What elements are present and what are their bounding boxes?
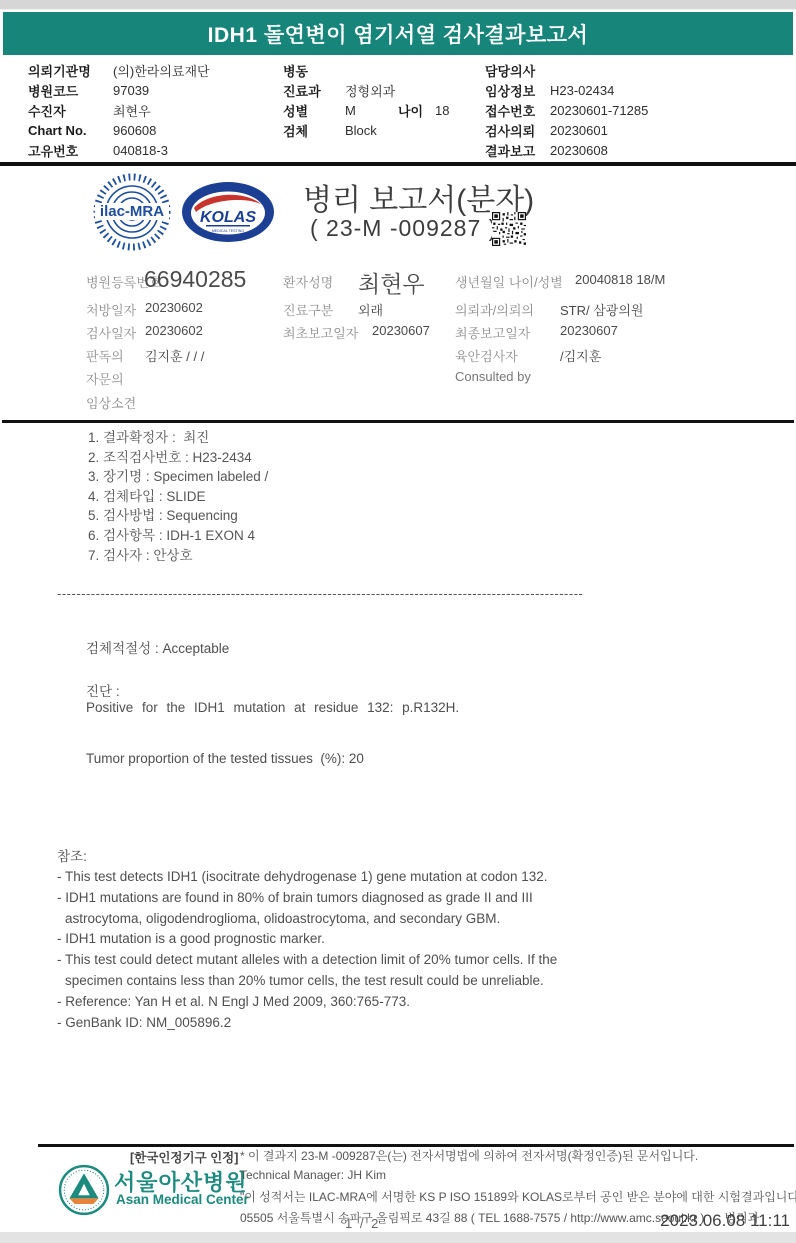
field-label: 병동	[283, 61, 345, 80]
field-value: 20230602	[145, 323, 203, 338]
info-row: 병동	[283, 60, 449, 80]
field-label: 수진자	[28, 101, 113, 120]
field-label: 검사의뢰	[485, 121, 550, 140]
info-row: 성별M나이18	[283, 100, 449, 120]
field-label: 임상정보	[485, 81, 550, 100]
info-column-clinic: 병동 진료과정형외과 성별M나이18 검체Block	[283, 60, 449, 140]
note-item: - IDH1 mutations are found in 80% of bra…	[57, 888, 579, 930]
list-item: 6. 검사항목 : IDH-1 EXON 4	[88, 526, 268, 546]
info-row: 병원코드97039	[28, 80, 210, 100]
field-value: STR/ 삼광의원	[560, 300, 643, 319]
info-row: 수진자최현우	[28, 100, 210, 120]
field-label: 최초보고일자	[283, 323, 358, 342]
patient-row-6: 임상소견	[0, 393, 796, 413]
field-label: 의뢰기관명	[28, 61, 113, 80]
note-item: - IDH1 mutation is a good prognostic mar…	[57, 929, 579, 950]
field-label: 생년월일 나이/성별	[455, 272, 563, 291]
field-label: 판독의	[86, 346, 124, 365]
patient-row-4: 판독의 김지훈 / / / 육안검사자 /김지훈	[0, 346, 796, 366]
note-item: - Reference: Yan H et al. N Engl J Med 2…	[57, 992, 579, 1013]
field-label: 육안검사자	[455, 346, 518, 365]
tumor-proportion: Tumor proportion of the tested tissues (…	[86, 751, 364, 766]
field-label: Chart No.	[28, 123, 113, 138]
field-value: 960608	[113, 123, 156, 138]
patient-name: 최현우	[358, 266, 425, 299]
info-row: 검체Block	[283, 120, 449, 140]
field-label: 자문의	[86, 369, 124, 388]
info-row: Chart No.960608	[28, 120, 210, 140]
field-value: 20230601-71285	[550, 103, 648, 118]
list-item: 2. 조직검사번호 : H23-2434	[88, 448, 268, 468]
field-value: (의)한라의료재단	[113, 61, 210, 80]
field-value: 97039	[113, 83, 149, 98]
report-title-bar: IDH1 돌연변이 염기서열 검사결과보고서	[3, 12, 793, 55]
diagnosis-result: Positive for the IDH1 mutation at residu…	[86, 700, 459, 715]
qr-code-icon	[492, 212, 526, 246]
note-item: - This test detects IDH1 (isocitrate deh…	[57, 867, 579, 888]
viewer-top-strip	[0, 0, 796, 10]
field-label: 검체	[283, 121, 345, 140]
field-value: Block	[345, 123, 377, 138]
field-label: Consulted by	[455, 369, 531, 384]
patient-registration-number: 66940285	[144, 266, 246, 293]
kolas-logo-icon: KOLAS MEDICAL TESTING	[180, 180, 276, 244]
info-row: 진료과정형외과	[283, 80, 449, 100]
diagnosis-label: 진단 :	[86, 680, 120, 700]
field-label: 성별	[283, 101, 345, 120]
patient-row-3: 검사일자 20230602 최초보고일자 20230607 최종보고일자 202…	[0, 323, 796, 343]
patient-row-2: 처방일자 20230602 진료구분 외래 의뢰과/의뢰의 STR/ 삼광의원	[0, 300, 796, 320]
field-value: 최현우	[113, 101, 151, 120]
patient-birth-age-sex: 20040818 18/M	[575, 272, 665, 287]
report-title-text: IDH1 돌연변이 염기서열 검사결과보고서	[208, 19, 589, 49]
info-row: 접수번호20230601-71285	[485, 100, 648, 120]
list-item: 4. 검체타입 : SLIDE	[88, 487, 268, 507]
specimen-adequacy: 검체적절성 : Acceptable	[86, 637, 229, 657]
field-label: 진료구분	[283, 300, 333, 319]
field-value: H23-02434	[550, 83, 614, 98]
info-row: 고유번호040818-3	[28, 140, 210, 160]
field-label: 나이	[398, 101, 435, 120]
svg-text:ilac-MRA: ilac-MRA	[100, 203, 164, 220]
viewer-bottom-strip	[0, 1232, 796, 1243]
field-label: 병원코드	[28, 81, 113, 100]
page-number: 1 / 2	[345, 1216, 380, 1231]
patient-row-1: 병원등록번호 66940285 환자성명 최현우 생년월일 나이/성별 2004…	[0, 272, 796, 292]
list-item: 1. 결과확정자 : 최진	[88, 428, 268, 448]
field-label: 의뢰과/의뢰의	[455, 300, 534, 319]
field-value: 20230607	[372, 323, 430, 338]
list-item: 3. 장기명 : Specimen labeled /	[88, 467, 268, 487]
field-label: 처방일자	[86, 300, 136, 319]
field-value: 외래	[358, 300, 383, 319]
section-divider	[2, 420, 794, 423]
section-divider	[0, 162, 796, 166]
field-value: 20230601	[550, 123, 608, 138]
field-value: /김지훈	[560, 346, 601, 365]
field-label: 접수번호	[485, 101, 550, 120]
field-value: 김지훈 / / /	[145, 346, 204, 365]
field-label: 진료과	[283, 81, 345, 100]
info-row: 담당의사	[485, 60, 648, 80]
dashed-separator: ----------------------------------------…	[57, 586, 584, 602]
svg-text:MEDICAL TESTING: MEDICAL TESTING	[212, 229, 245, 233]
info-row: 검사의뢰20230601	[485, 120, 648, 140]
patient-row-5: 자문의 Consulted by	[0, 369, 796, 389]
field-label: 환자성명	[283, 272, 333, 291]
info-column-requester: 의뢰기관명(의)한라의료재단 병원코드97039 수진자최현우 Chart No…	[28, 60, 210, 160]
field-value: 18	[435, 103, 449, 118]
field-label: 임상소견	[86, 393, 136, 412]
field-value: 정형외과	[345, 81, 395, 100]
asan-medical-center-logo-icon	[58, 1164, 110, 1216]
field-label: 고유번호	[28, 141, 113, 160]
field-value: M	[345, 103, 398, 118]
svg-text:KOLAS: KOLAS	[200, 209, 256, 226]
reference-notes: 참조: - This test detects IDH1 (isocitrate…	[57, 846, 579, 1033]
footer-signature-note: * 이 결과지 23-M -009287은(는) 전자서명법에 의하여 전자서명…	[240, 1147, 698, 1164]
info-column-order: 담당의사 임상정보H23-02434 접수번호20230601-71285 검사…	[485, 60, 648, 160]
field-label: 검사일자	[86, 323, 136, 342]
footer-technical-manager: Technical Manager: JH Kim	[240, 1168, 386, 1182]
info-row: 임상정보H23-02434	[485, 80, 648, 100]
ilac-mra-logo-icon: ilac-MRA	[92, 172, 172, 252]
report-number: ( 23-M -009287 )	[310, 215, 497, 242]
result-meta-list: 1. 결과확정자 : 최진 2. 조직검사번호 : H23-2434 3. 장기…	[88, 428, 268, 565]
info-row: 의뢰기관명(의)한라의료재단	[28, 60, 210, 80]
list-item: 5. 검사방법 : Sequencing	[88, 506, 268, 526]
note-item: - This test could detect mutant alleles …	[57, 950, 579, 992]
field-label: 최종보고일자	[455, 323, 530, 342]
info-row: 결과보고20230608	[485, 140, 648, 160]
list-item: 7. 검사자 : 안상호	[88, 546, 268, 566]
accreditation-note: [한국인정기구 인정]	[130, 1148, 238, 1166]
note-item: - GenBank ID: NM_005896.2	[57, 1013, 579, 1034]
pathology-report-page: IDH1 돌연변이 염기서열 검사결과보고서 의뢰기관명(의)한라의료재단 병원…	[0, 0, 796, 1243]
field-value: 040818-3	[113, 143, 168, 158]
field-label: 결과보고	[485, 141, 550, 160]
field-label: 담당의사	[485, 61, 550, 80]
notes-title: 참조:	[57, 846, 579, 867]
footer-accreditation-statement: "이 성적서는 ILAC-MRA에 서명한 KS P ISO 15189와 KO…	[240, 1188, 796, 1205]
field-value: 20230607	[560, 323, 618, 338]
field-value: 20230602	[145, 300, 203, 315]
hospital-name-english: Asan Medical Center	[116, 1192, 249, 1207]
print-timestamp: 2023.06.08 11:11	[660, 1211, 790, 1231]
field-value: 20230608	[550, 143, 608, 158]
